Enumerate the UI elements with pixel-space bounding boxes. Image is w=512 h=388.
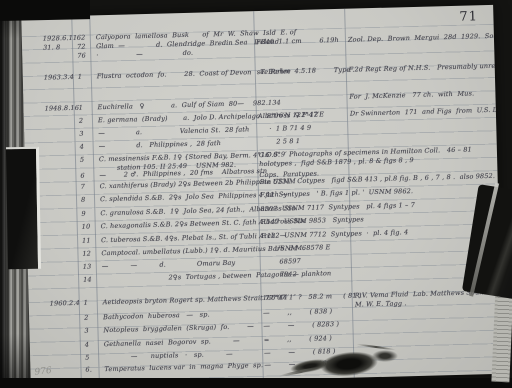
no-cell: 7 [81,183,86,191]
no-cell: 11 [82,237,91,245]
binder-clamp [6,147,41,270]
no-cell: 8 [81,196,86,204]
smudge-streak [356,343,396,351]
no-cell: 1 [79,104,84,112]
catalog-cell: = ,, ( 924 ) [264,334,332,344]
scanned-register-page: 71 976 1928.6.1162Calyopora lamellosa Bu… [0,0,512,388]
no-cell: 1 [78,73,83,81]
catalog-cell: — ,, ( 838 ) [263,307,332,317]
no-cell: 2 [79,117,84,125]
date-cell: 1963.3.4 [44,73,74,82]
catalog-cell: Albatross ♀ F–12 [258,110,319,120]
no-cell: 3 [84,327,89,335]
no-cell: 1 [84,299,89,307]
no-cell: 10 [82,223,91,231]
no-cell: 5 [85,354,90,362]
no-cell: 62 [77,34,86,42]
register-page: 71 976 1928.6.1162Calyopora lamellosa Bu… [21,5,502,386]
ink-smudge [286,344,412,384]
smudge-blob [372,350,398,362]
scanner-shadow-corner [0,0,90,21]
catalog-cell: · 1 B 71 4 9 [258,124,311,133]
no-cell: 14 [83,275,92,283]
catalog-cell: 68597 [262,257,301,266]
no-cell: 76 [77,52,86,60]
no-cell: 4 [80,143,85,151]
date-cell: 31. 8 [43,43,61,51]
no-cell: 13 [83,262,92,270]
catalog-cell: see Rehm 4.5.18 Type [257,66,351,76]
no-cell: 5 [80,156,85,164]
no-cell: 9 [81,210,86,218]
catalog-cell: F.147 USNM 9853 Syntypes [261,215,364,226]
catalog-cell: USNM 68578 E [261,243,330,253]
smudge-blob [319,349,379,379]
date-cell: 1948.8.16 [45,104,80,113]
catalog-cell: 7842 [262,270,297,279]
date-cell: 1928.6.11 [43,34,78,43]
no-cell: 3 [79,130,84,138]
catalog-cell: — — ( 8283 ) [263,320,339,330]
no-cell: 6. [85,366,92,374]
no-cell: 72 [77,43,86,51]
entry-text: Bathycodon huberosa — sp. [103,310,210,321]
catalog-cell: 2 5 8 1 [258,137,300,146]
no-cell: 4 [85,341,90,349]
date-cell: 1960.2.4 [50,299,80,308]
entry-text: · — do. [96,49,193,60]
scanner-shadow-bottom [0,378,512,388]
no-cell: 2 [84,314,89,322]
no-cell: 12 [82,249,91,257]
